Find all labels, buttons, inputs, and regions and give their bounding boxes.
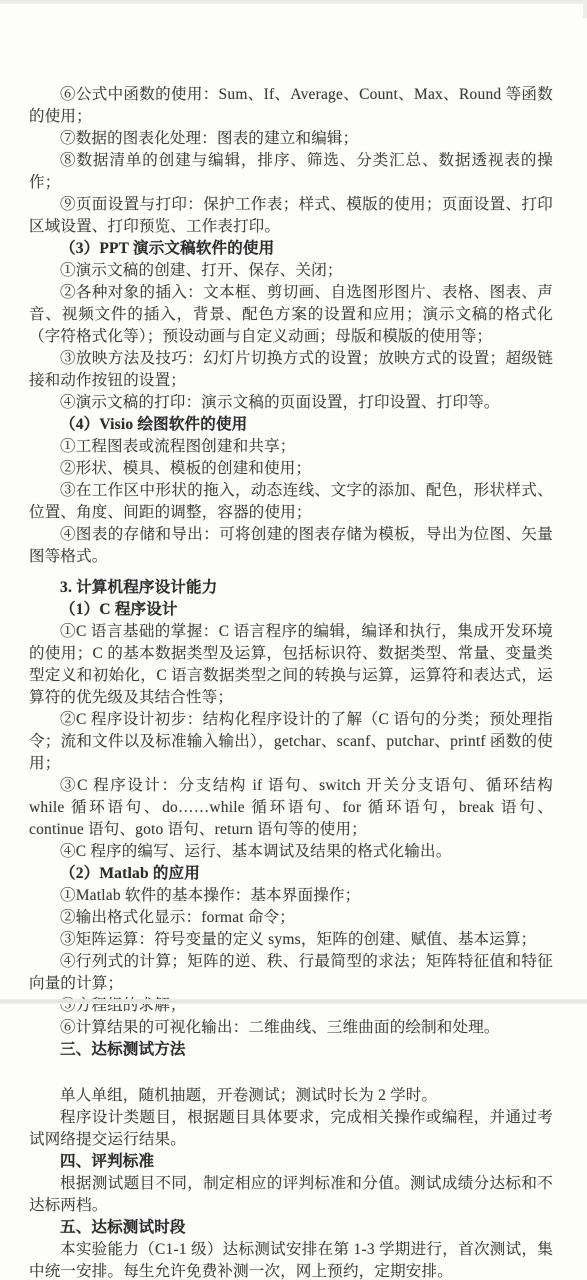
body-paragraph: ④行列式的计算；矩阵的逆、秩、行最简型的求法；矩阵特征值和特征向量的计算； [29,951,553,995]
body-paragraph: ①Matlab 软件的基本操作：基本界面操作； [29,885,553,907]
body-paragraph: ①演示文稿的创建、打开、保存、关闭； [29,260,553,282]
body-paragraph: ②C 程序设计初步：结构化程序设计的了解（C 语句的分类；预处理指令；流和文件以… [29,709,553,775]
section-heading: （1）C 程序设计 [29,599,553,621]
body-paragraph: ③放映方法及技巧：幻灯片切换方式的设置；放映方式的设置；超级链接和动作按钮的设置… [29,348,553,392]
section-heading: 三、达标测试方法 [29,1039,553,1061]
body-paragraph: ③在工作区中形状的拖入，动态连线、文字的添加、配色，形状样式、位置、角度、间距的… [29,480,553,524]
body-paragraph: ⑨页面设置与打印：保护工作表；样式、模版的使用；页面设置、打印区域设置、打印预览… [29,194,553,238]
body-paragraph: ⑦数据的图表化处理：图表的建立和编辑； [29,128,553,150]
section-heading: 五、达标测试时段 [29,1217,553,1239]
body-paragraph: 程序设计类题目，根据题目具体要求，完成相关操作或编程，并通过考试网络提交运行结果… [29,1107,553,1151]
page-divider [0,999,587,1004]
section-heading: 3. 计算机程序设计能力 [29,577,553,599]
scanned-document-page: ⑥公式中函数的使用：Sum、If、Average、Count、Max、Round… [0,0,587,1280]
section-heading: （2）Matlab 的应用 [29,863,553,885]
scan-top-edge [0,0,587,4]
body-paragraph: ②输出格式化显示：format 命令； [29,907,553,929]
body-paragraph: ③矩阵运算：符号变量的定义 syms，矩阵的创建、赋值、基本运算； [29,929,553,951]
body-paragraph: 单人单组，随机抽题，开卷测试；测试时长为 2 学时。 [29,1085,553,1107]
body-paragraph: ⑥计算结果的可视化输出：二维曲线、三维曲面的绘制和处理。 [29,1017,553,1039]
body-paragraph: ②各种对象的插入：文本框、剪切画、自选图形图片、表格、图表、声音、视频文件的插入… [29,282,553,348]
body-paragraph: ①C 语言基础的掌握：C 语言程序的编辑，编译和执行，集成开发环境的使用；C 的… [29,621,553,709]
body-paragraph: ①工程图表或流程图创建和共享； [29,436,553,458]
section-heading: 四、评判标准 [29,1151,553,1173]
body-paragraph: ⑧数据清单的创建与编辑，排序、筛选、分类汇总、数据透视表的操作； [29,150,553,194]
body-paragraph: 本实验能力（C1-1 级）达标测试安排在第 1-3 学期进行，首次测试，集中统一… [29,1239,553,1280]
body-paragraph: ④C 程序的编写、运行、基本调试及结果的格式化输出。 [29,841,553,863]
page-1-content: ⑥公式中函数的使用：Sum、If、Average、Count、Max、Round… [29,84,553,1061]
section-heading: （3）PPT 演示文稿软件的使用 [29,238,553,260]
body-paragraph: ②形状、模具、模板的创建和使用； [29,458,553,480]
body-paragraph: 根据测试题目不同，制定相应的评判标准和分值。测试成绩分达标和不达标两档。 [29,1173,553,1217]
section-heading: （4）Visio 绘图软件的使用 [29,414,553,436]
body-paragraph: ③C 程序设计：分支结构 if 语句、switch 开关分支语句、循环结构 wh… [29,775,553,841]
page-2-content: 单人单组，随机抽题，开卷测试；测试时长为 2 学时。程序设计类题目，根据题目具体… [29,1085,553,1280]
scan-right-edge [583,0,587,18]
body-paragraph: ④图表的存储和导出：可将创建的图表存储为模板，导出为位图、矢量图等格式。 [29,524,553,568]
body-paragraph: ④演示文稿的打印：演示文稿的页面设置，打印设置、打印等。 [29,392,553,414]
body-paragraph: ⑥公式中函数的使用：Sum、If、Average、Count、Max、Round… [29,84,553,128]
